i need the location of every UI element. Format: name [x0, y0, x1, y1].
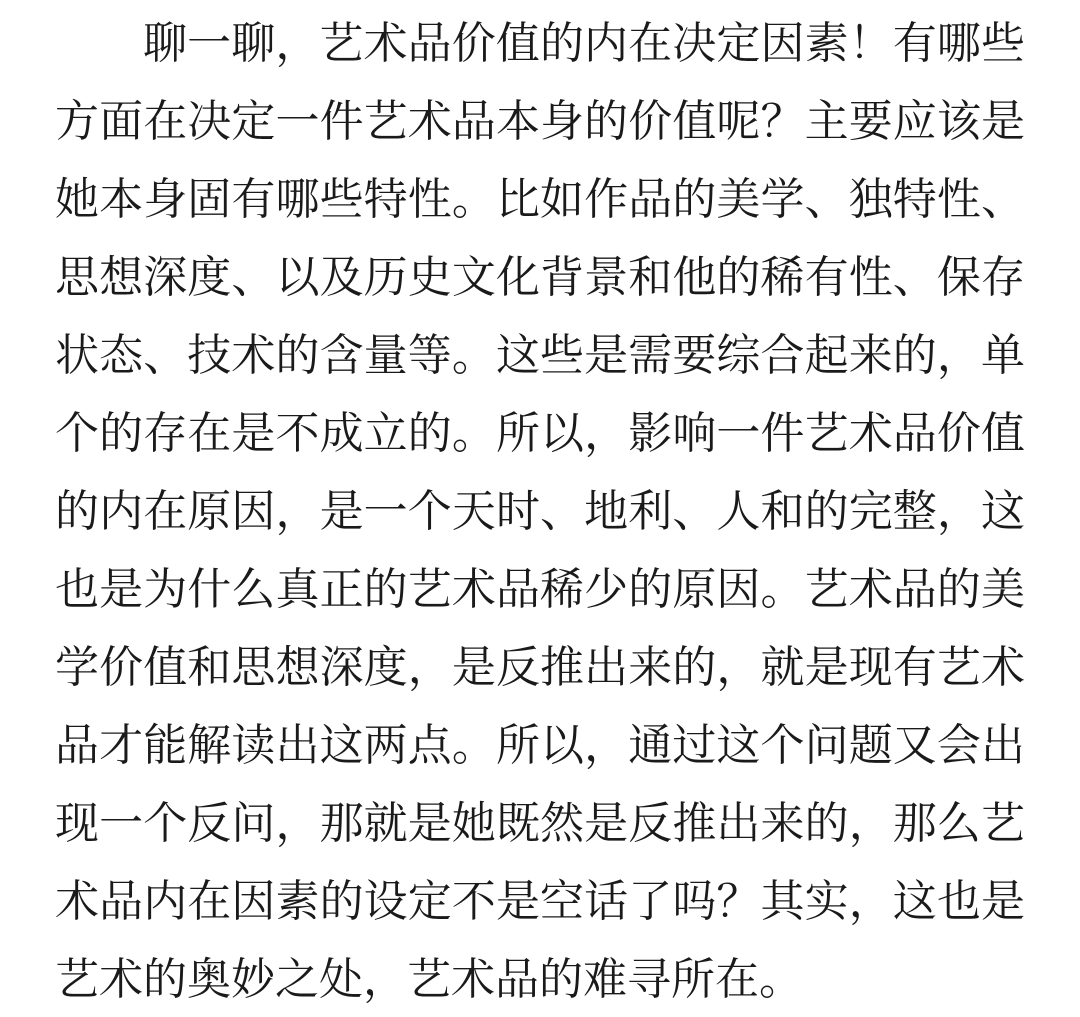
- text-line: 的内在原因，是一个天时、地利、人和的完整，这: [55, 473, 1025, 551]
- text-line: 艺术的奥妙之处，艺术品的难寻所在。: [55, 941, 1025, 1017]
- text-line: 聊一聊，艺术品价值的内在决定因素！有哪些: [55, 5, 1025, 83]
- article-text: 聊一聊，艺术品价值的内在决定因素！有哪些 方面在决定一件艺术品本身的价值呢？主要…: [55, 5, 1025, 1017]
- text-line: 品才能解读出这两点。所以，通过这个问题又会出: [55, 707, 1025, 785]
- text-line: 个的存在是不成立的。所以，影响一件艺术品价值: [55, 395, 1025, 473]
- page: 聊一聊，艺术品价值的内在决定因素！有哪些 方面在决定一件艺术品本身的价值呢？主要…: [0, 0, 1080, 1017]
- text-line: 也是为什么真正的艺术品稀少的原因。艺术品的美: [55, 551, 1025, 629]
- text-line: 方面在决定一件艺术品本身的价值呢？主要应该是: [55, 83, 1025, 161]
- text-line: 状态、技术的含量等。这些是需要综合起来的，单: [55, 317, 1025, 395]
- text-line: 她本身固有哪些特性。比如作品的美学、独特性、: [55, 161, 1025, 239]
- text-line: 术品内在因素的设定不是空话了吗？其实，这也是: [55, 863, 1025, 941]
- text-line: 学价值和思想深度，是反推出来的，就是现有艺术: [55, 629, 1025, 707]
- text-line: 思想深度、以及历史文化背景和他的稀有性、保存: [55, 239, 1025, 317]
- text-line: 现一个反问，那就是她既然是反推出来的，那么艺: [55, 785, 1025, 863]
